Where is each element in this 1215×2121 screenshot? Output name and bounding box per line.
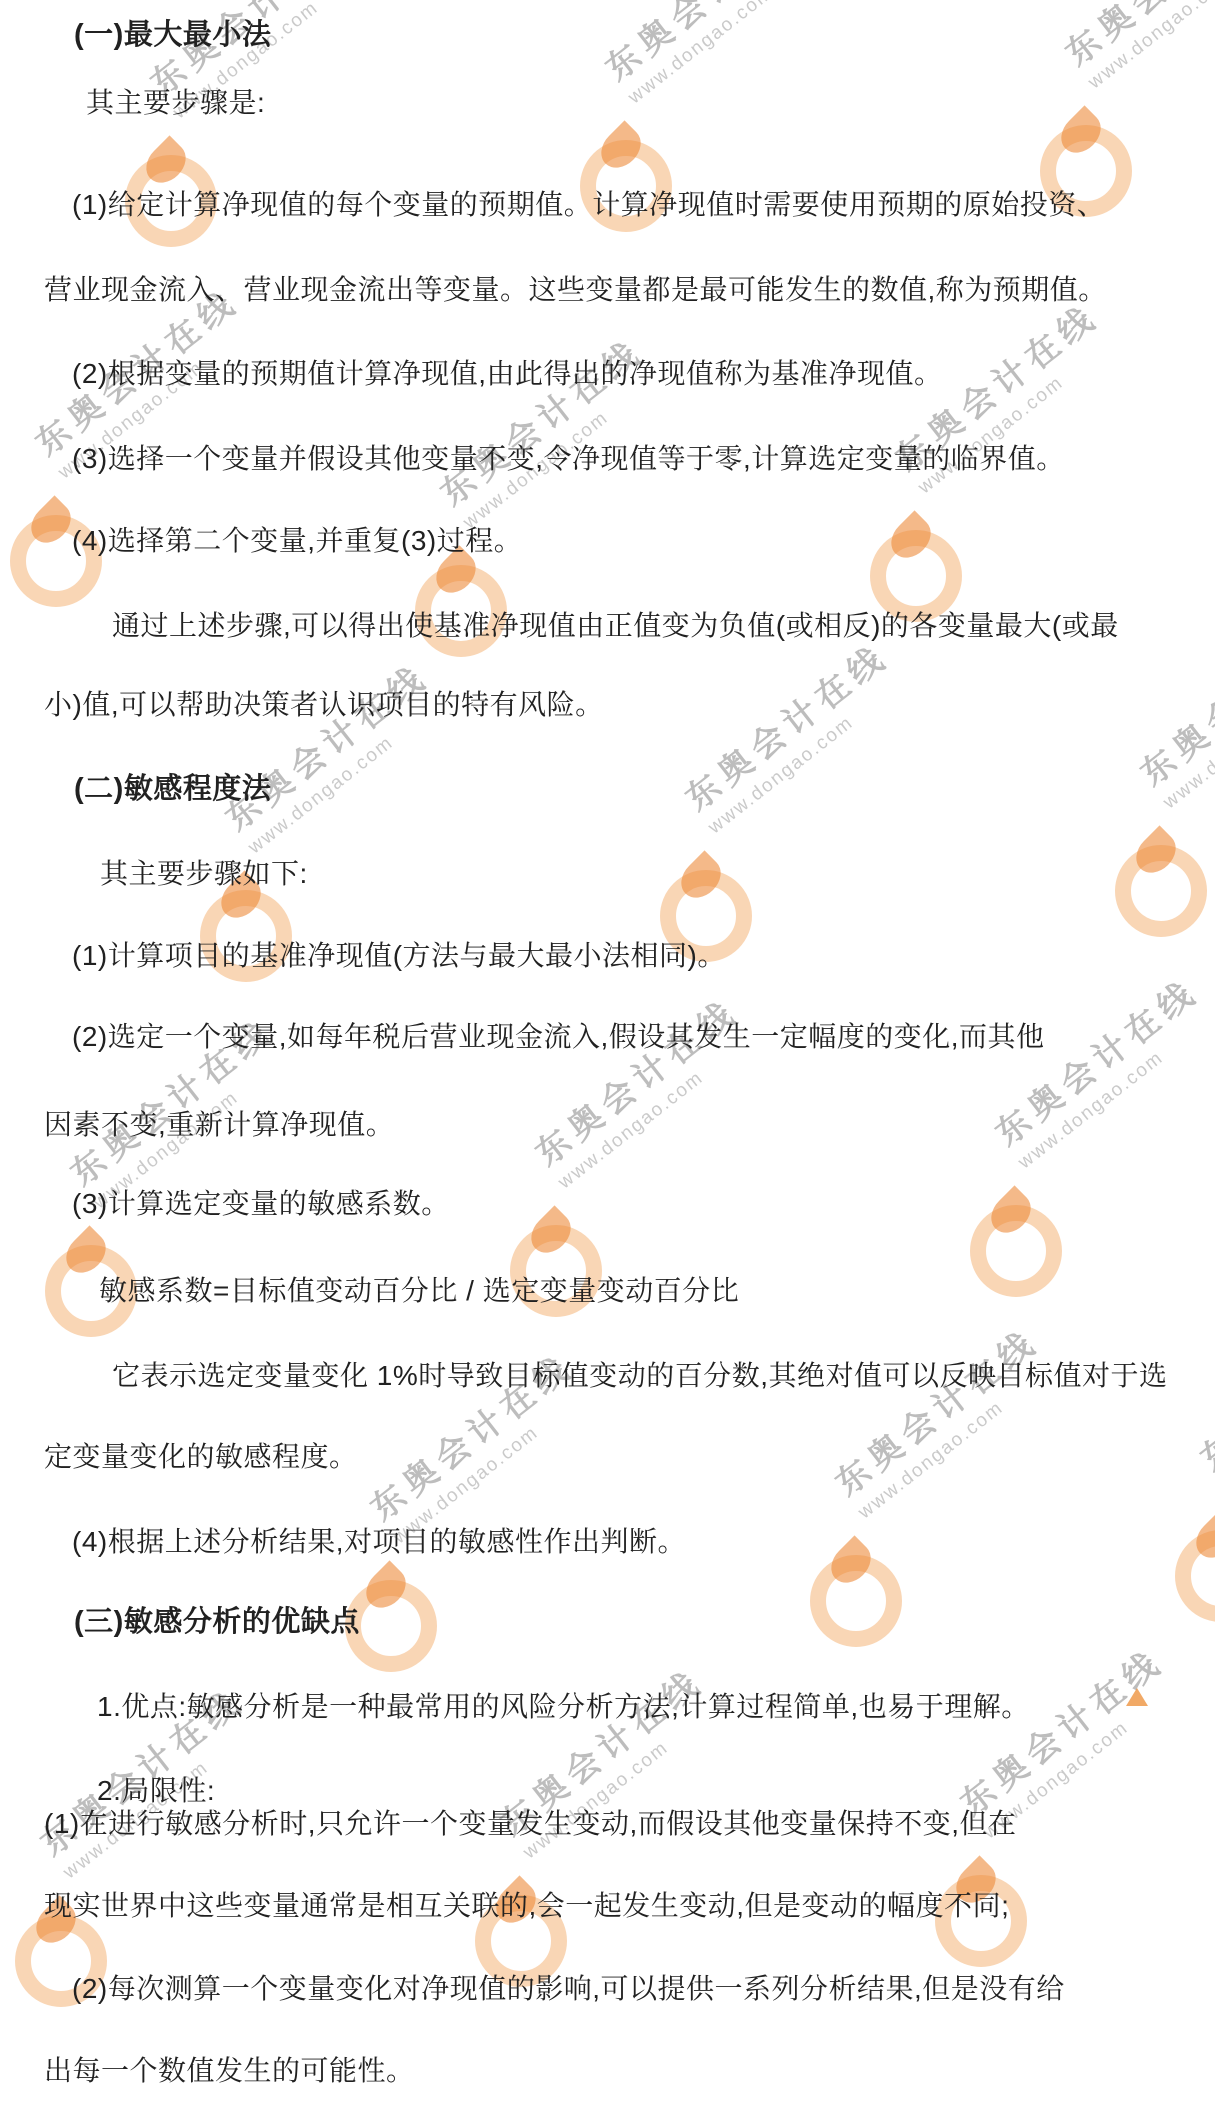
text-line: (3)计算选定变量的敏感系数。 <box>72 1187 450 1221</box>
text-line: (2)每次测算一个变量变化对净现值的影响,可以提供一系列分析结果,但是没有给 <box>72 1972 1065 2006</box>
text-line: 小)值,可以帮助决策者认识项目的特有风险。 <box>44 688 604 722</box>
text-line: 其主要步骤如下: <box>100 857 308 891</box>
text-line: (1)在进行敏感分析时,只允许一个变量发生变动,而假设其他变量保持不变,但在 <box>44 1807 1017 1841</box>
text-line: 营业现金流入、营业现金流出等变量。这些变量都是最可能发生的数值,称为预期值。 <box>44 273 1107 307</box>
text-line: 通过上述步骤,可以得出使基准净现值由正值变为负值(或相反)的各变量最大(或最 <box>112 609 1119 643</box>
text-line: (4)选择第二个变量,并重复(3)过程。 <box>72 524 522 558</box>
section-heading: (一)最大最小法 <box>74 18 271 52</box>
text-line: (2)选定一个变量,如每年税后营业现金流入,假设其发生一定幅度的变化,而其他 <box>72 1020 1045 1054</box>
text-line: 出每一个数值发生的可能性。 <box>44 2054 415 2088</box>
text-line: 现实世界中这些变量通常是相互关联的,会一起发生变动,但是变动的幅度不同; <box>44 1889 1009 1923</box>
document-text-layer: (一)最大最小法其主要步骤是:(1)给定计算净现值的每个变量的预期值。计算净现值… <box>0 0 1215 2121</box>
text-line: 定变量变化的敏感程度。 <box>44 1440 358 1474</box>
text-line: (1)计算项目的基准净现值(方法与最大最小法相同)。 <box>72 939 726 973</box>
document-page: 东奥会计在线www.dongao.com东奥会计在线www.dongao.com… <box>0 0 1215 2121</box>
text-line: 它表示选定变量变化 1%时导致目标值变动的百分数,其绝对值可以反映目标值对于选 <box>112 1359 1168 1393</box>
section-heading: (三)敏感分析的优缺点 <box>74 1605 360 1639</box>
text-line: 其主要步骤是: <box>86 86 265 120</box>
text-line: 1.优点:敏感分析是一种最常用的风险分析方法,计算过程简单,也易于理解。 <box>97 1690 1030 1724</box>
text-line: (2)根据变量的预期值计算净现值,由此得出的净现值称为基准净现值。 <box>72 357 943 391</box>
section-heading: (二)敏感程度法 <box>74 772 271 806</box>
text-line: (4)根据上述分析结果,对项目的敏感性作出判断。 <box>72 1525 686 1559</box>
text-line: 2.局限性: <box>97 1774 215 1808</box>
text-line: 因素不变,重新计算净现值。 <box>44 1108 394 1142</box>
text-line: (1)给定计算净现值的每个变量的预期值。计算净现值时需要使用预期的原始投资、 <box>72 188 1105 222</box>
text-line: (3)选择一个变量并假设其他变量不变,令净现值等于零,计算选定变量的临界值。 <box>72 442 1065 476</box>
text-line: 敏感系数=目标值变动百分比 / 选定变量变动百分比 <box>99 1274 739 1308</box>
